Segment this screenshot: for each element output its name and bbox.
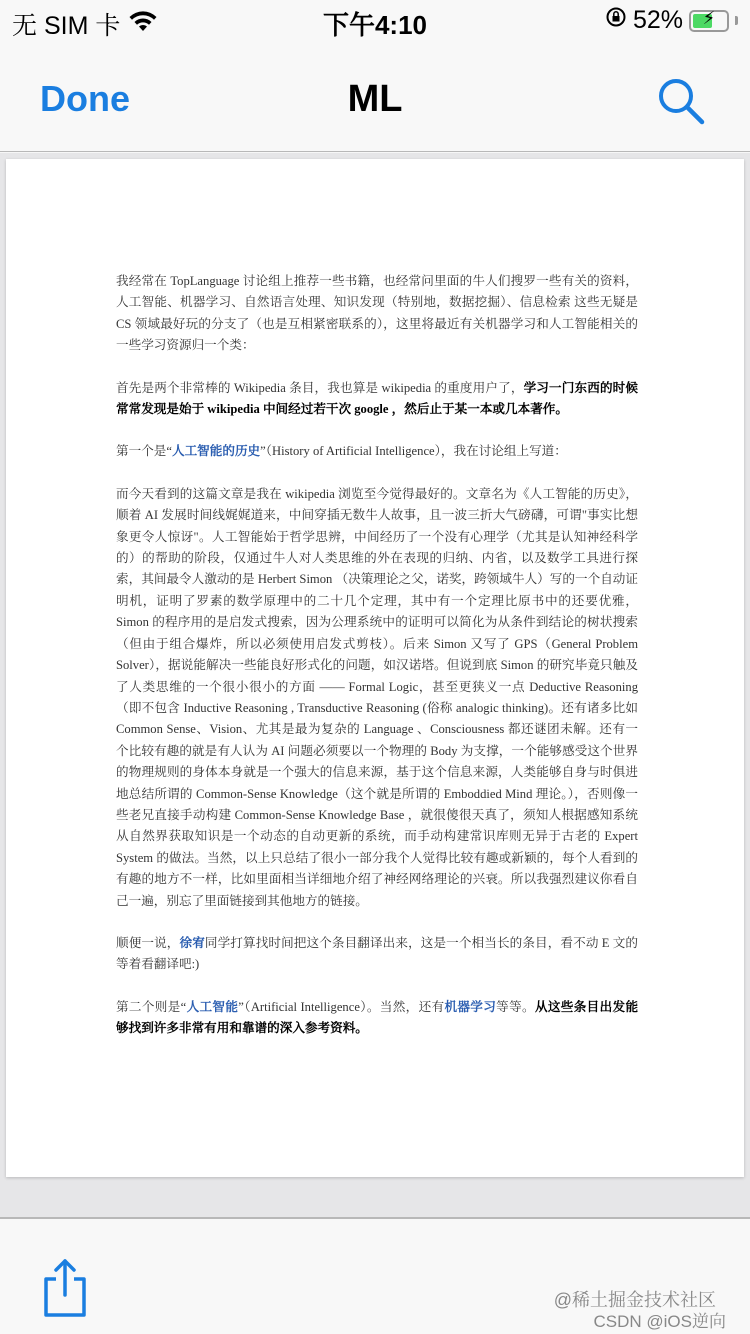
share-icon [40, 1257, 90, 1317]
orientation-lock-icon [605, 6, 627, 35]
link-machine-learning[interactable]: 机器学习 [444, 1000, 496, 1014]
paragraph-wikipedia: 首先是两个非常棒的 Wikipedia 条目，我也算是 wikipedia 的重… [116, 378, 638, 421]
paragraph-first-entry: 第一个是“人工智能的历史”（History of Artificial Inte… [116, 441, 638, 462]
text-fragment: 等等。 [496, 1000, 535, 1014]
link-history-of-ai[interactable]: 人工智能的历史 [172, 444, 260, 458]
paragraph-second-entry: 第二个则是“人工智能”（Artificial Intelligence）。当然，… [116, 997, 638, 1040]
link-ai[interactable]: 人工智能 [186, 1000, 238, 1014]
document-title: ML [0, 78, 750, 121]
watermark: @稀土掘金技术社区 CSDN @iOS逆向 [554, 1289, 726, 1333]
link-xu-you[interactable]: 徐宥 [180, 936, 205, 950]
battery-percent: 52% [633, 6, 683, 35]
paragraph-intro: 我经常在 TopLanguage 讨论组上推荐一些书籍，也经常问里面的牛人们搜罗… [116, 271, 638, 357]
search-button[interactable] [654, 74, 710, 130]
share-button[interactable] [40, 1257, 90, 1313]
search-icon [654, 74, 710, 130]
text-fragment: 第一个是“ [116, 444, 172, 458]
bottom-toolbar: @稀土掘金技术社区 CSDN @iOS逆向 [0, 1217, 750, 1334]
page-content: 我经常在 TopLanguage 讨论组上推荐一些书籍，也经常问里面的牛人们搜罗… [116, 271, 638, 1061]
paragraph-history-summary: 而今天看到的这篇文章是我在 wikipedia 浏览至今觉得最好的。文章名为《人… [116, 484, 638, 912]
status-bar: 无 SIM 卡 下午4:10 52% ⚡ [0, 0, 750, 40]
paragraph-text: 首先是两个非常棒的 Wikipedia 条目，我也算是 wikipedia 的重… [116, 381, 524, 395]
paragraph-translation: 顺便一说，徐宥同学打算找时间把这个条目翻译出来，这是一个相当长的条目，看不动 E… [116, 933, 638, 976]
text-fragment: 顺便一说， [116, 936, 180, 950]
battery-tip [735, 16, 738, 25]
text-fragment: ”（Artificial Intelligence）。当然，还有 [238, 1000, 444, 1014]
document-page: 我经常在 TopLanguage 讨论组上推荐一些书籍，也经常问里面的牛人们搜罗… [6, 159, 744, 1177]
watermark-line-1: @稀土掘金技术社区 [554, 1289, 716, 1311]
text-fragment: 第二个则是“ [116, 1000, 186, 1014]
navigation-bar: Done ML [0, 40, 750, 152]
status-right: 52% ⚡ [605, 6, 738, 35]
text-fragment: ”（History of Artificial Intelligence），我在… [260, 444, 567, 458]
watermark-line-2: CSDN @iOS逆向 [554, 1311, 726, 1333]
battery-charging-icon: ⚡ [689, 10, 729, 32]
document-viewer[interactable]: 我经常在 TopLanguage 讨论组上推荐一些书籍，也经常问里面的牛人们搜罗… [0, 153, 750, 1217]
